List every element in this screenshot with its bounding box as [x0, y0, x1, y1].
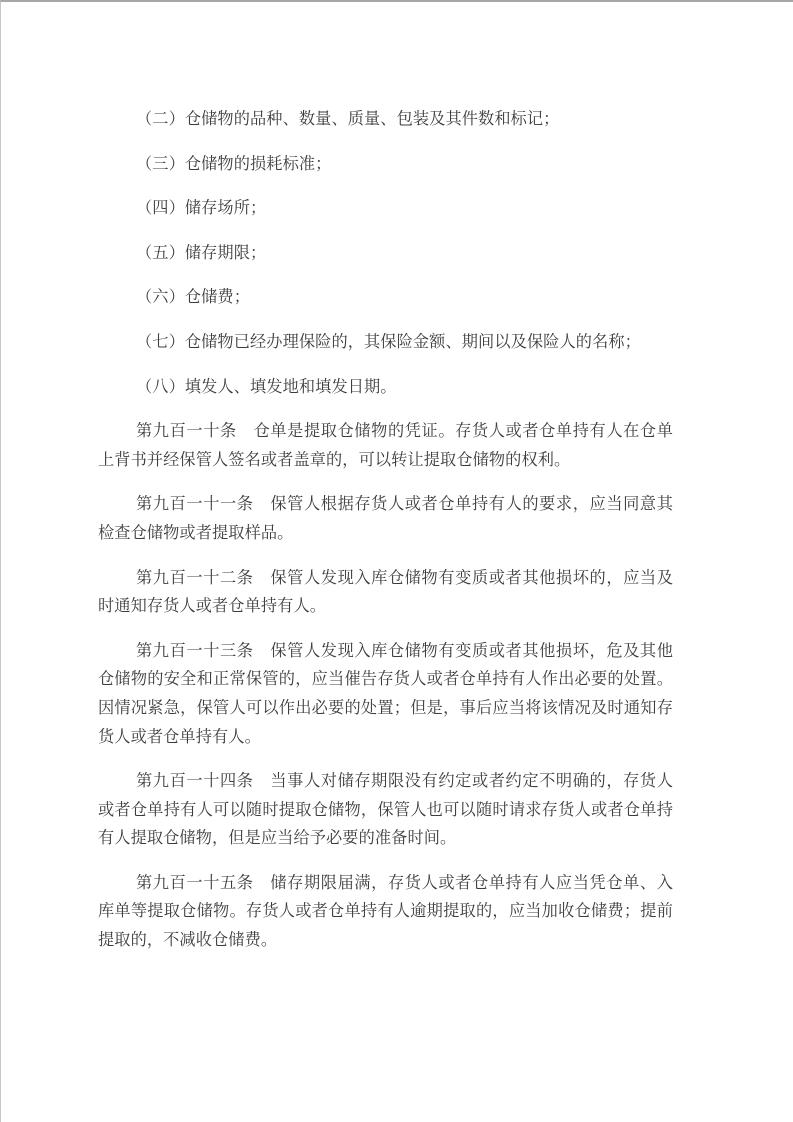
list-item-4: （四）储存场所； [98, 194, 673, 223]
list-item-6: （六）仓储费； [98, 283, 673, 312]
article-911: 第九百一十一条 保管人根据存货人或者仓单持有人的要求，应当同意其检查仓储物或者提… [98, 490, 673, 547]
article-913: 第九百一十三条 保管人发现入库仓储物有变质或者其他损坏，危及其他仓储物的安全和正… [98, 637, 673, 751]
article-910: 第九百一十条 仓单是提取仓储物的凭证。存货人或者仓单持有人在仓单上背书并经保管人… [98, 417, 673, 474]
list-item-7: （七）仓储物已经办理保险的，其保险金额、期间以及保险人的名称； [98, 328, 673, 357]
list-item-8: （八）填发人、填发地和填发日期。 [98, 373, 673, 402]
list-item-2: （二）仓储物的品种、数量、质量、包装及其件数和标记； [98, 105, 673, 134]
article-912: 第九百一十二条 保管人发现入库仓储物有变质或者其他损坏的，应当及时通知存货人或者… [98, 564, 673, 621]
article-914: 第九百一十四条 当事人对储存期限没有约定或者约定不明确的，存货人或者仓单持有人可… [98, 767, 673, 853]
list-item-3: （三）仓储物的损耗标准； [98, 150, 673, 179]
document-content: （二）仓储物的品种、数量、质量、包装及其件数和标记； （三）仓储物的损耗标准； … [1, 2, 793, 955]
list-item-5: （五）储存期限； [98, 239, 673, 268]
article-915: 第九百一十五条 储存期限届满，存货人或者仓单持有人应当凭仓单、入库单等提取仓储物… [98, 869, 673, 955]
document-page: （二）仓储物的品种、数量、质量、包装及其件数和标记； （三）仓储物的损耗标准； … [0, 0, 793, 1122]
